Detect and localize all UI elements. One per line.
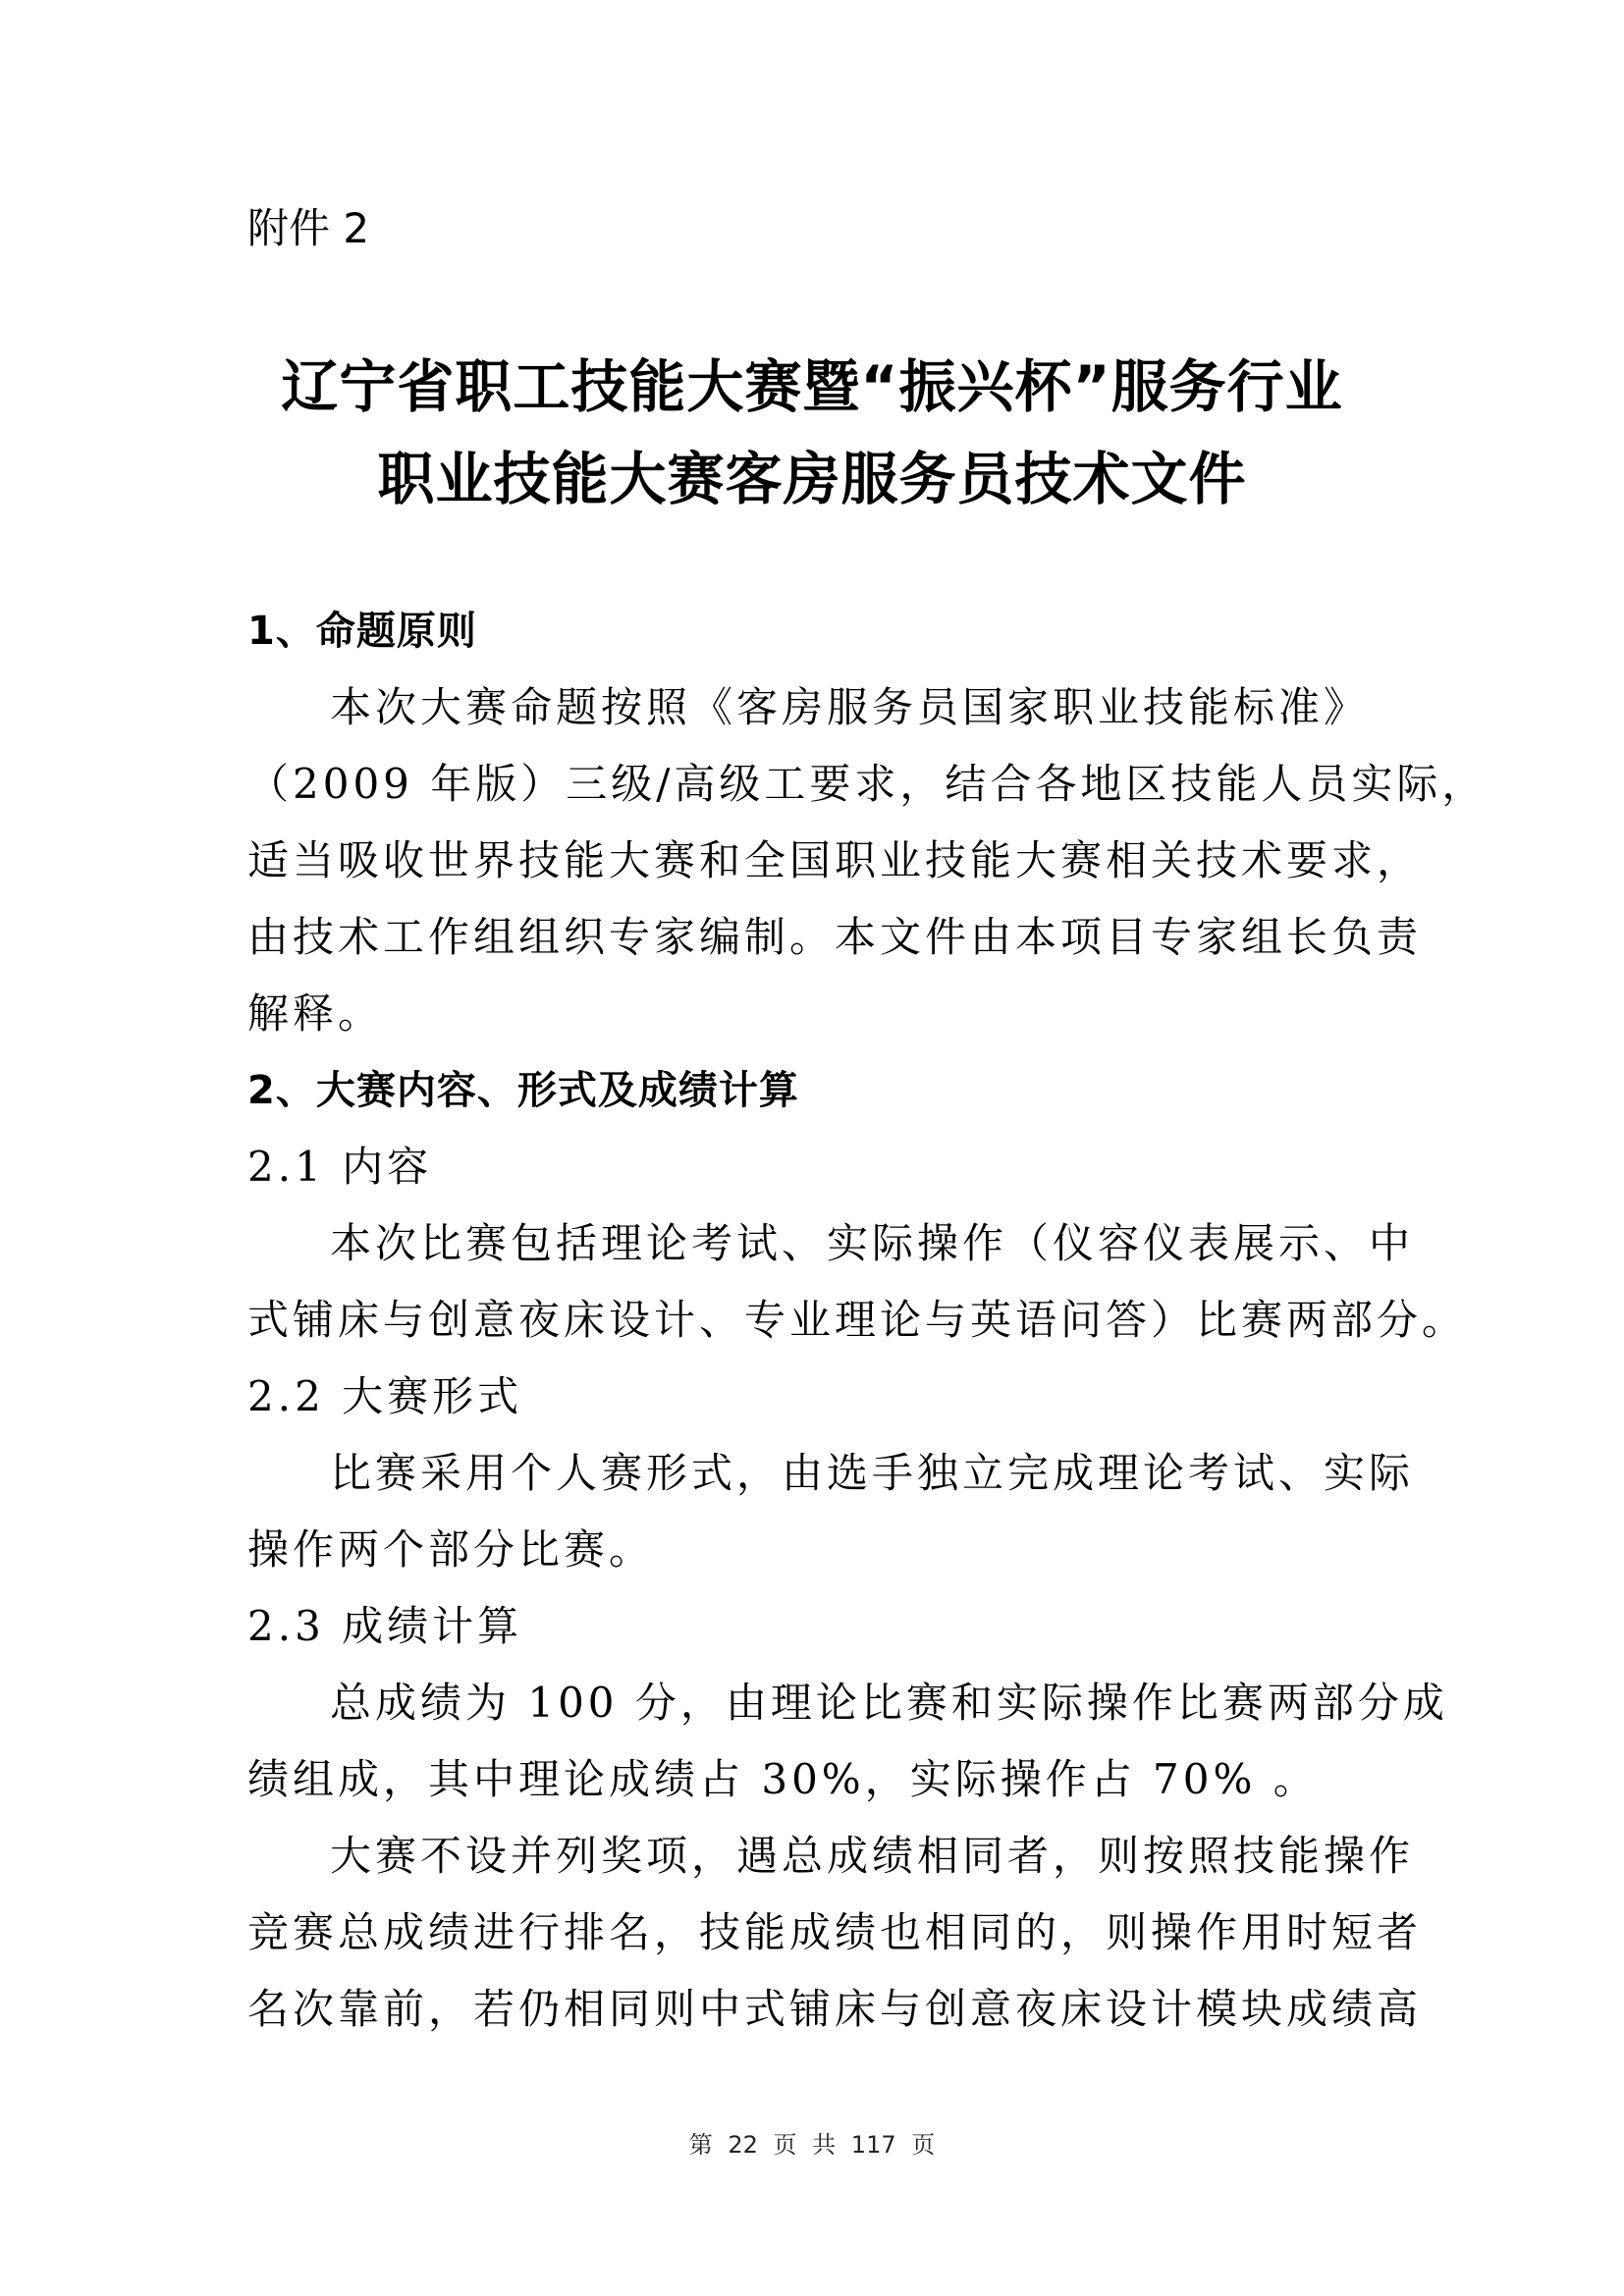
paragraph-line: 竞赛总成绩进行排名，技能成绩也相同的，则操作用时短者	[247, 1905, 1422, 1960]
subsection-heading-2-3: 2.3 成绩计算	[247, 1599, 522, 1654]
paragraph-line: （2009 年版）三级/高级工要求，结合各地区技能人员实际，	[247, 757, 1487, 812]
document-page: 附件 2 辽宁省职工技能大赛暨“振兴杯”服务行业 职业技能大赛客房服务员技术文件…	[0, 0, 1624, 2296]
paragraph-line: 适当吸收世界技能大赛和全国职业技能大赛相关技术要求，	[247, 833, 1422, 888]
paragraph-line: 本次大赛命题按照《客房服务员国家职业技能标准》	[330, 680, 1369, 735]
subsection-heading-2-1: 2.1 内容	[247, 1140, 432, 1195]
paragraph-line: 绩组成，其中理论成绩占 30%，实际操作占 70% 。	[247, 1752, 1319, 1807]
paragraph-line: 本次比赛包括理论考试、实际操作（仪容仪表展示、中	[330, 1216, 1414, 1271]
section-heading-2: 2、大赛内容、形式及成绩计算	[247, 1063, 799, 1118]
paragraph-line: 总成绩为 100 分，由理论比赛和实际操作比赛两部分成	[330, 1676, 1448, 1731]
paragraph-line: 比赛采用个人赛形式，由选手独立完成理论考试、实际	[330, 1446, 1414, 1501]
document-title-line-1: 辽宁省职工技能大赛暨“振兴杯”服务行业	[0, 351, 1624, 422]
section-heading-1: 1、命题原则	[247, 604, 477, 659]
paragraph-line: 大赛不设并列奖项，遇总成绩相同者，则按照技能操作	[330, 1829, 1414, 1884]
paragraph-line: 名次靠前，若仍相同则中式铺床与创意夜床设计模块成绩高	[247, 1982, 1422, 2037]
attachment-label: 附件 2	[247, 201, 369, 256]
subsection-heading-2-2: 2.2 大赛形式	[247, 1369, 522, 1424]
document-title-line-2: 职业技能大赛客房服务员技术文件	[0, 444, 1624, 514]
paragraph-line: 解释。	[247, 987, 383, 1041]
page-number-footer: 第 22 页 共 117 页	[0, 2125, 1624, 2160]
paragraph-line: 操作两个部分比赛。	[247, 1522, 654, 1577]
paragraph-line: 式铺床与创意夜床设计、专业理论与英语问答）比赛两部分。	[247, 1293, 1467, 1348]
paragraph-line: 由技术工作组组织专家编制。本文件由本项目专家组长负责	[247, 910, 1422, 965]
